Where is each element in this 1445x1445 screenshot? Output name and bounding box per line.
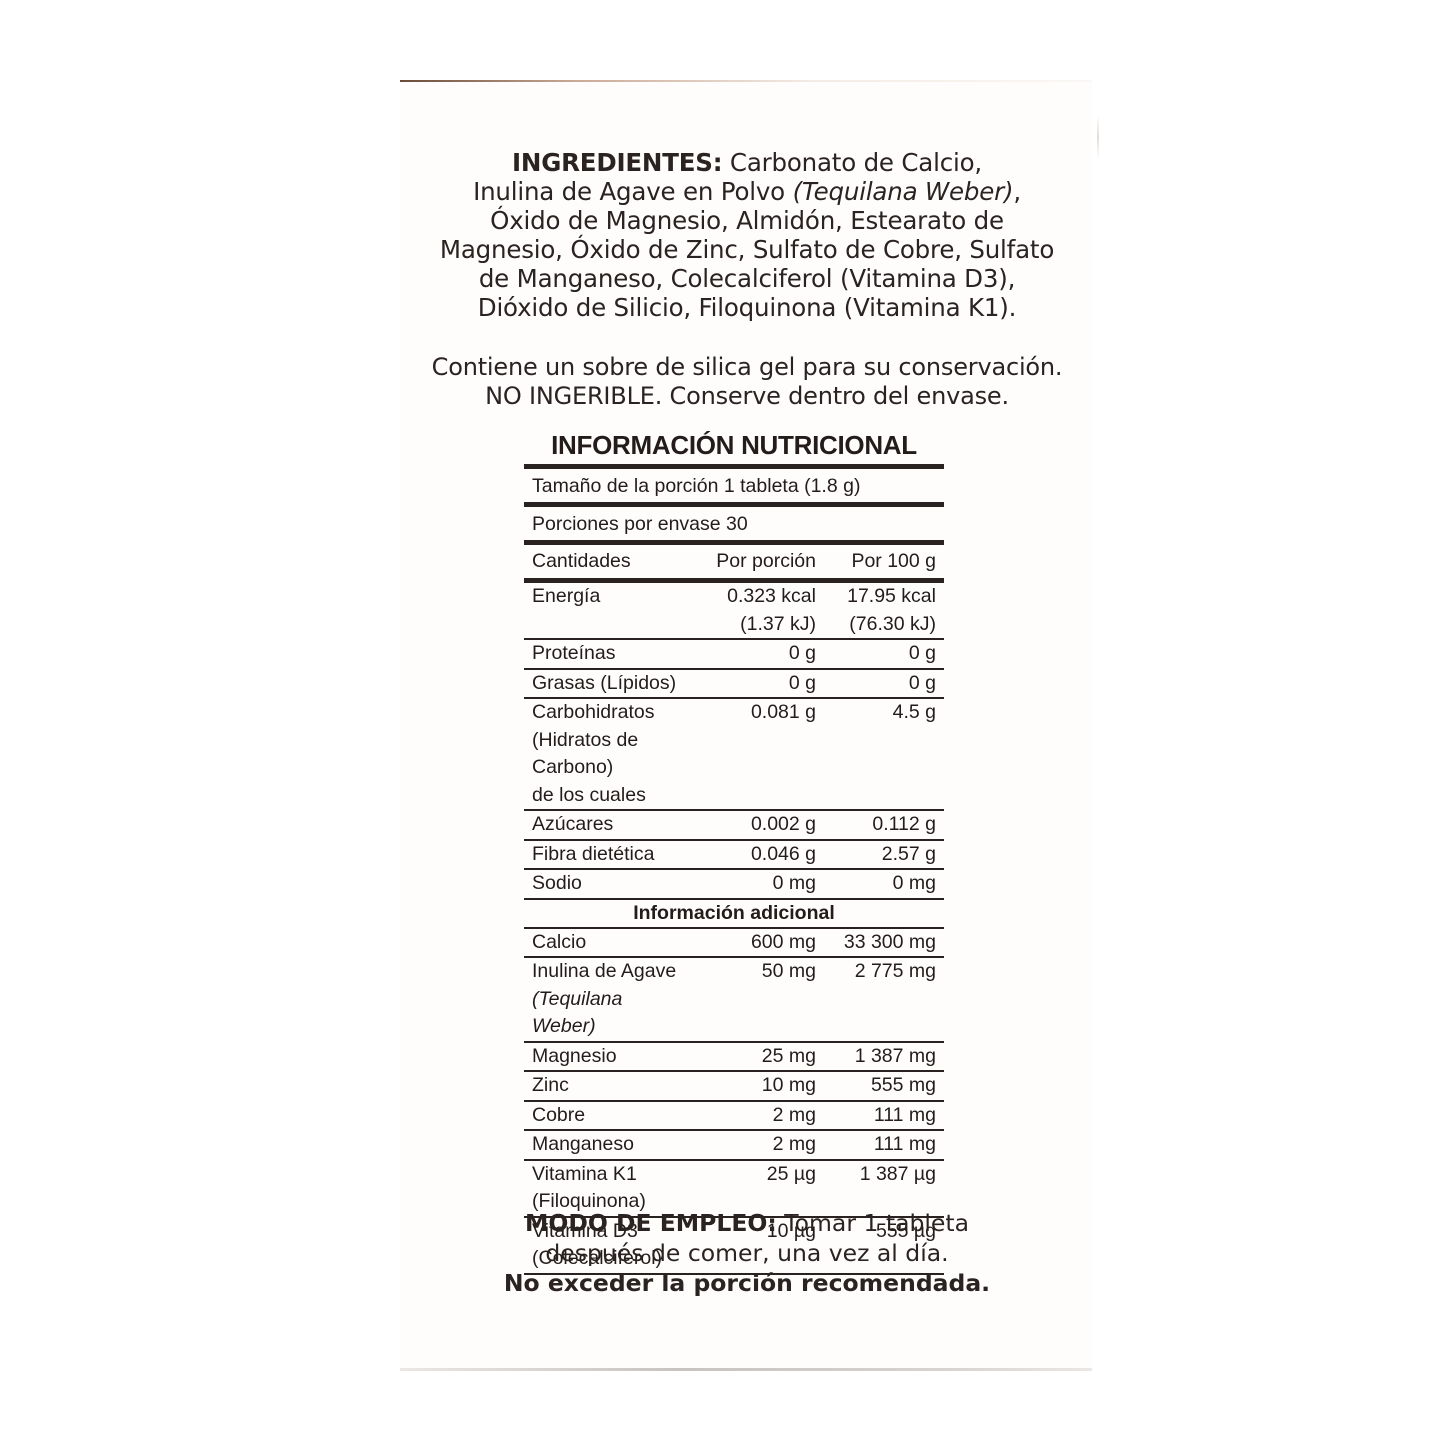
usage-instructions: MODO DE EMPLEO: Tomar 1 tableta después …	[404, 1208, 1090, 1298]
nutrient-subname: (Hidratos de Carbono)	[532, 727, 686, 782]
per-serving-value: 0.002 g	[686, 811, 816, 839]
table-row: Fibra dietética0.046 g2.57 g	[524, 841, 944, 869]
usage-line: después de comer, una vez al día.	[404, 1238, 1090, 1268]
per-100g-value: 33 300 mg	[816, 929, 936, 957]
per-serving-value: 25 mg	[686, 1043, 816, 1071]
nutrition-facts-table: INFORMACIÓN NUTRICIONAL Tamaño de la por…	[524, 426, 944, 1275]
ingredients-line: Magnesio, Óxido de Zinc, Sulfato de Cobr…	[404, 235, 1090, 264]
nutrient-name: Energía	[532, 585, 600, 607]
per-100g-value-kj: (76.30 kJ)	[816, 611, 936, 639]
per-serving-value: 0 g	[686, 640, 816, 668]
ingredients-line: Carbonato de Calcio,	[722, 148, 982, 177]
header-por-100g: Por 100 g	[816, 545, 936, 578]
per-serving-value: 25 µg	[686, 1161, 816, 1189]
nutrient-subname: de los cuales	[532, 782, 686, 810]
per-serving-value: 50 mg	[686, 958, 816, 986]
header-cantidades: Cantidades	[532, 545, 686, 578]
nutrient-name: Proteínas	[532, 642, 615, 664]
table-row: Manganeso2 mg111 mg	[524, 1131, 944, 1159]
per-100g-value: 2 775 mg	[816, 958, 936, 986]
nutrient-name: Magnesio	[532, 1045, 617, 1067]
per-100g-value: 0 g	[816, 670, 936, 698]
silica-line: Contiene un sobre de silica gel para su …	[404, 353, 1090, 382]
per-100g-value: 111 mg	[816, 1102, 936, 1130]
nutrition-title: INFORMACIÓN NUTRICIONAL	[524, 426, 944, 464]
per-serving-value: 0 mg	[686, 870, 816, 898]
table-row: Magnesio25 mg1 387 mg	[524, 1043, 944, 1071]
nutrient-name: Sodio	[532, 872, 582, 894]
per-100g-value: 555 mg	[816, 1072, 936, 1100]
silica-notice: Contiene un sobre de silica gel para su …	[404, 353, 1090, 411]
nutrient-name: Azúcares	[532, 813, 613, 835]
table-row: Proteínas0 g0 g	[524, 640, 944, 668]
ingredients-line: Inulina de Agave en Polvo	[473, 177, 793, 206]
table-row: Inulina de Agave(Tequilana Weber)50 mg2 …	[524, 958, 944, 1041]
per-serving-value: 0 g	[686, 670, 816, 698]
per-100g-value: 17.95 kcal	[816, 583, 936, 611]
per-100g-value: 0 g	[816, 640, 936, 668]
nutrient-name: Calcio	[532, 931, 586, 953]
usage-line: Tomar 1 tableta	[777, 1209, 969, 1237]
serving-size: Tamaño de la porción 1 tableta (1.8 g)	[524, 469, 944, 502]
package-top-edge	[400, 80, 1092, 82]
per-serving-value: 2 mg	[686, 1102, 816, 1130]
header-por-porcion: Por porción	[686, 545, 816, 578]
nutrient-name: Inulina de Agave	[532, 960, 676, 982]
table-header: Cantidades Por porción Por 100 g	[524, 545, 944, 578]
ingredients-label: INGREDIENTES:	[512, 148, 722, 177]
per-100g-value: 1 387 mg	[816, 1043, 936, 1071]
per-100g-value: 111 mg	[816, 1131, 936, 1159]
usage-warning: No exceder la porción recomendada.	[404, 1268, 1090, 1298]
table-row: Carbohidratos(Hidratos de Carbono)de los…	[524, 699, 944, 809]
table-row: Sodio0 mg0 mg	[524, 870, 944, 898]
nutrient-name: Vitamina K1	[532, 1163, 637, 1185]
ingredients-line: Dióxido de Silicio, Filoquinona (Vitamin…	[404, 293, 1090, 322]
per-100g-value: 0.112 g	[816, 811, 936, 839]
per-serving-value: 0.046 g	[686, 841, 816, 869]
table-row: Calcio600 mg33 300 mg	[524, 929, 944, 957]
usage-label: MODO DE EMPLEO:	[525, 1209, 777, 1237]
nutrient-name: Manganeso	[532, 1133, 634, 1155]
table-row: Cobre2 mg111 mg	[524, 1102, 944, 1130]
per-100g-value: 0 mg	[816, 870, 936, 898]
ingredients-line: de Manganeso, Colecalciferol (Vitamina D…	[404, 264, 1090, 293]
ingredients-comma: ,	[1013, 177, 1021, 206]
nutrient-name: Carbohidratos	[532, 701, 654, 723]
per-100g-value: 1 387 µg	[816, 1161, 936, 1189]
table-row: Zinc10 mg555 mg	[524, 1072, 944, 1100]
package-bottom-edge	[400, 1368, 1092, 1371]
nutrient-name: Zinc	[532, 1074, 569, 1096]
package-right-edge	[1097, 115, 1099, 160]
ingredients-block: INGREDIENTES: Carbonato de Calcio, Inuli…	[404, 148, 1090, 322]
nutrient-subname: (Tequilana Weber)	[532, 986, 686, 1041]
nutrient-name: Grasas (Lípidos)	[532, 672, 676, 694]
per-serving-value: 10 mg	[686, 1072, 816, 1100]
table-row: Azúcares0.002 g0.112 g	[524, 811, 944, 839]
additional-info-heading: Información adicional	[524, 900, 944, 927]
nutrient-name: Cobre	[532, 1104, 585, 1126]
nutrient-name: Fibra dietética	[532, 843, 654, 865]
per-serving-value: 0.323 kcal	[686, 583, 816, 611]
per-serving-value-kj: (1.37 kJ)	[686, 611, 816, 639]
per-serving-value: 2 mg	[686, 1131, 816, 1159]
servings-per-container: Porciones por envase 30	[524, 507, 944, 540]
table-row: Energía0.323 kcal(1.37 kJ)17.95 kcal(76.…	[524, 583, 944, 638]
ingredients-line: Óxido de Magnesio, Almidón, Estearato de	[404, 206, 1090, 235]
table-row: Grasas (Lípidos)0 g0 g	[524, 670, 944, 698]
ingredients-species: (Tequilana Weber)	[793, 177, 1014, 206]
per-100g-value: 2.57 g	[816, 841, 936, 869]
per-100g-value: 4.5 g	[816, 699, 936, 727]
silica-line: NO INGERIBLE. Conserve dentro del envase…	[404, 382, 1090, 411]
per-serving-value: 0.081 g	[686, 699, 816, 727]
per-serving-value: 600 mg	[686, 929, 816, 957]
